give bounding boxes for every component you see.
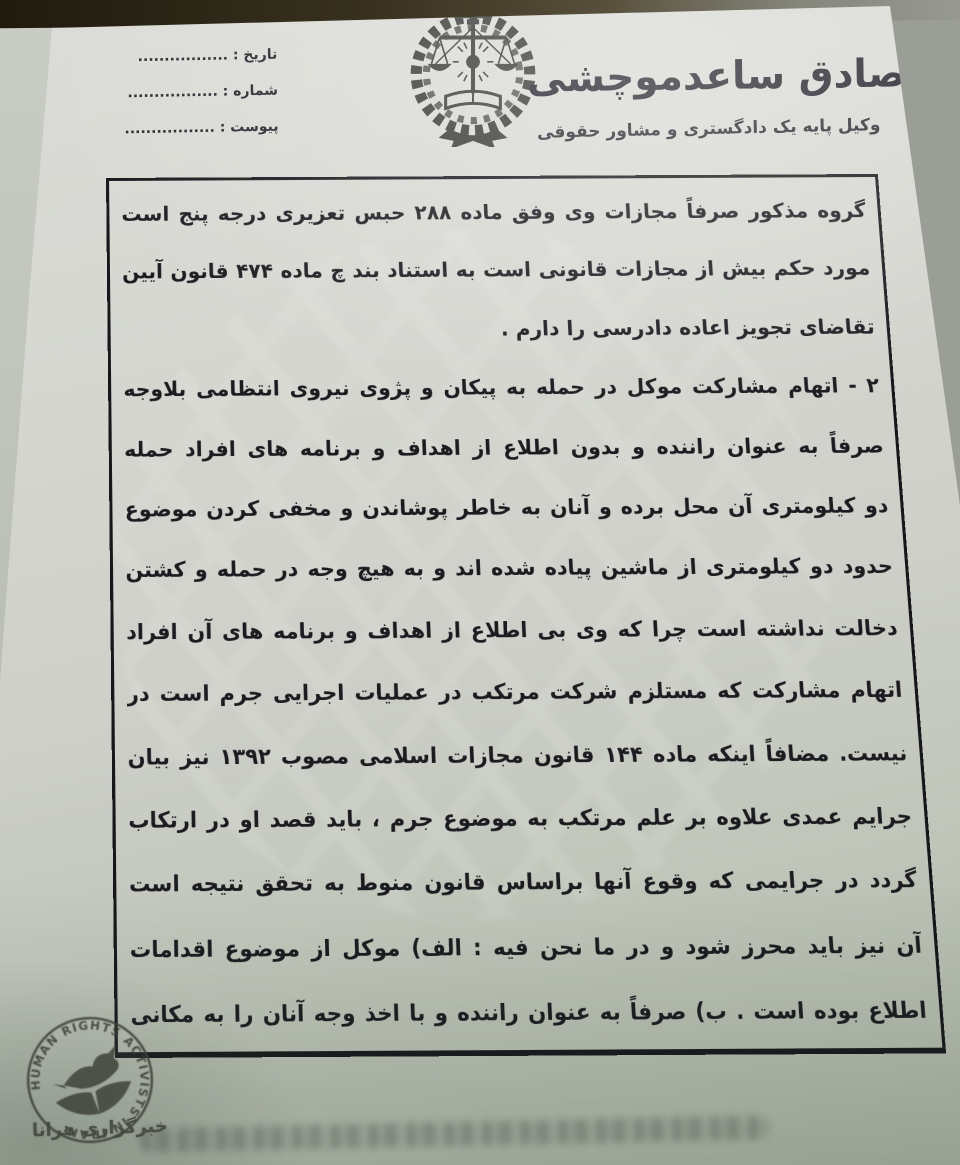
date-field-row: تاریخ : ................. [123, 47, 277, 66]
body-line: ۲ - اتهام مشارکت موکل در حمله به پیکان و… [123, 356, 881, 419]
body-line: دو کیلومتری آن محل برده و آنان به خاطر پ… [124, 476, 890, 541]
body-line: مورد حکم بیش از مجازات قانونی است به است… [122, 240, 873, 302]
body-text-frame: گروه مذکور صرفاً مجازات وی وفق ماده ۲۸۸ … [106, 174, 946, 1058]
lawyer-title: وکیل پایه یک دادگستری و مشاور حقوقی [536, 115, 880, 143]
attachment-label: پیوست : [220, 119, 279, 136]
body-line: تقاضای تجویز اعاده دادرسی را دارم . [122, 298, 876, 361]
photo-scene: تاریخ : ................. شماره : ......… [0, 0, 960, 1165]
date-label: تاریخ : [233, 47, 278, 64]
lawyer-name: صادق ساعدموچشی [527, 51, 906, 101]
wreath-ribbon-icon [439, 129, 508, 147]
body-line: صرفاً به عنوان راننده و بدون اطلاع از اه… [124, 416, 886, 480]
body-line: اتهام مشارکت که مستلزم شرکت مرتکب در عمل… [127, 659, 905, 726]
blurred-contact-line [140, 1115, 768, 1152]
scales-of-justice-icon [427, 15, 518, 108]
number-field-row: شماره : ................. [124, 83, 278, 102]
attachment-dots: ................. [124, 120, 215, 138]
body-line: گروه مذکور صرفاً مجازات وی وفق ماده ۲۸۸ … [121, 182, 868, 243]
attachment-field-row: پیوست : ................. [124, 119, 278, 138]
body-line: آن نیز باید محرز شود و در ما نحن فیه : ا… [129, 913, 924, 983]
body-line: جرایم عمدی علاوه بر علم مرتکب به موضوع ج… [128, 785, 914, 853]
body-line: حدود دو کیلومتری از ماشین پیاده شده اند … [125, 536, 895, 601]
body-line: دخالت نداشته است چرا که وی بی اطلاع از ا… [126, 597, 900, 663]
date-dots: ................. [137, 48, 228, 66]
number-label: شماره : [223, 83, 278, 100]
body-line: نیست. مضافاً اینکه ماده ۱۴۴ قانون مجازات… [127, 721, 909, 788]
number-dots: ................. [127, 84, 218, 102]
body-line: گردد در جرایمی که وقوع آنها براساس قانون… [129, 848, 920, 917]
document-paper: تاریخ : ................. شماره : ......… [0, 0, 960, 1165]
header-meta-fields: تاریخ : ................. شماره : ......… [123, 47, 279, 158]
body-line: اطلاع بوده است . ب) صرفاً به عنوان رانند… [130, 978, 929, 1048]
